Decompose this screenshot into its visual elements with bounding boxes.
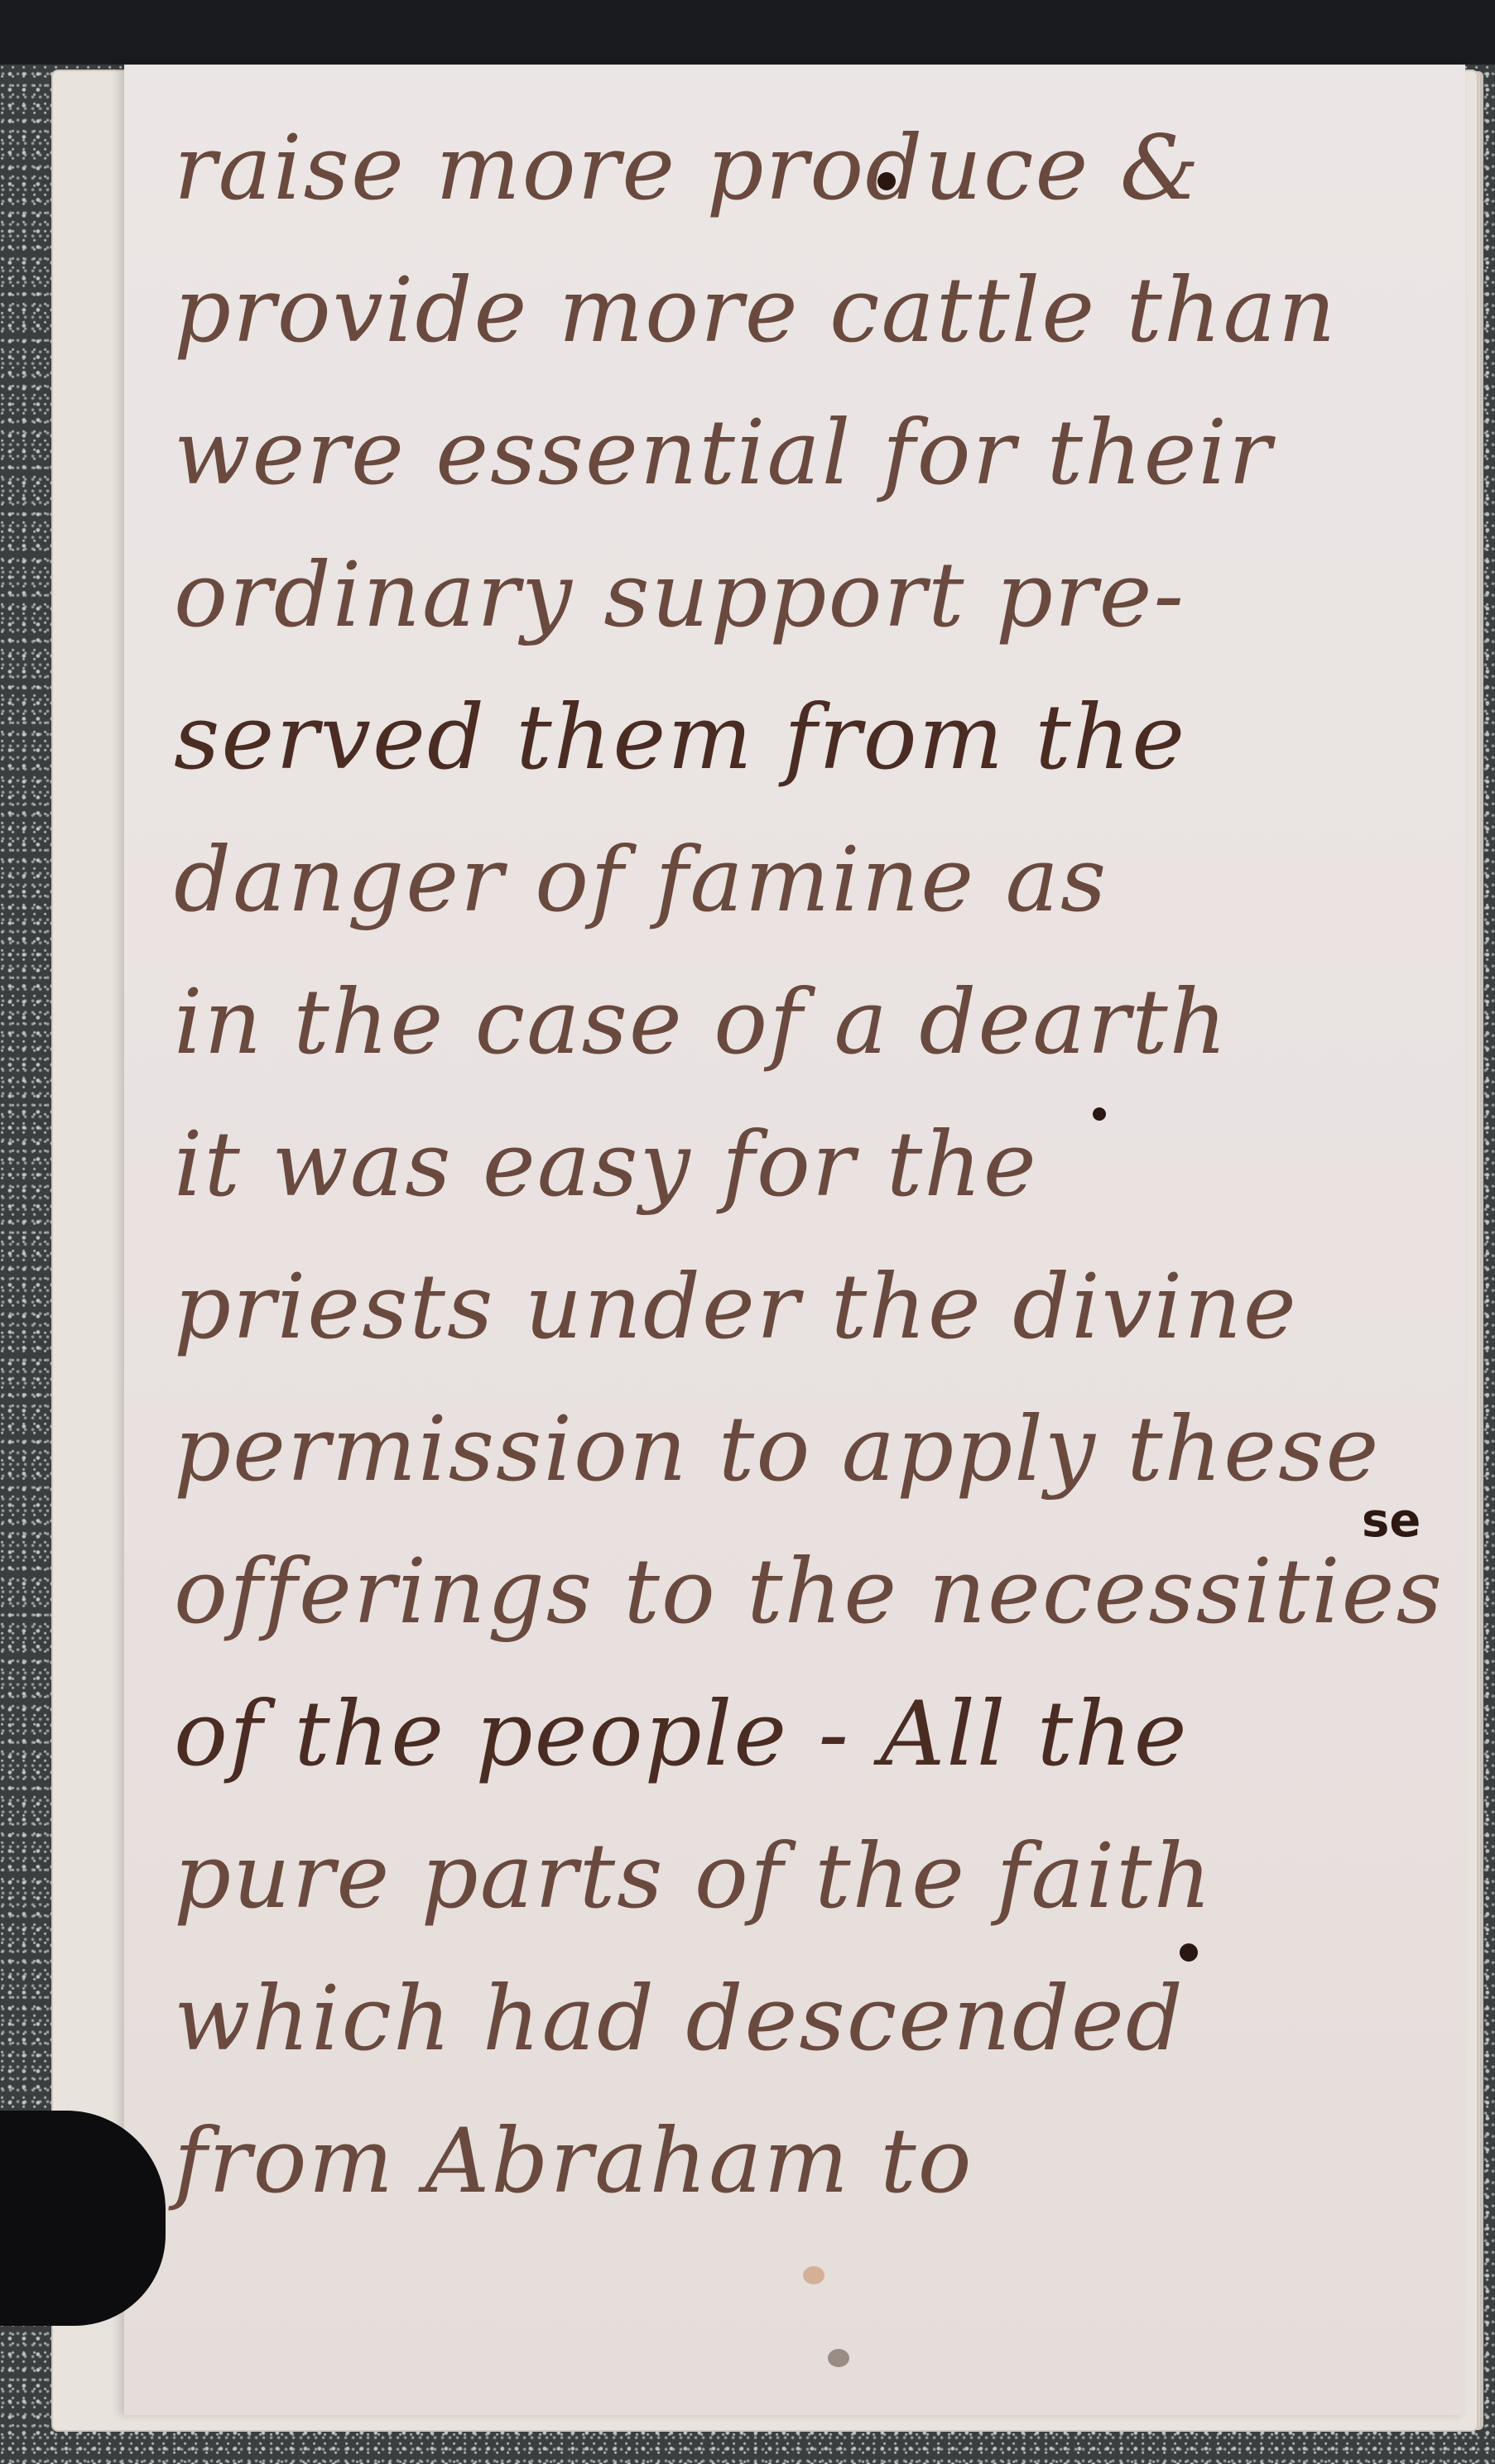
ink-blot bbox=[1180, 1943, 1198, 1962]
text-line-14: which had descended bbox=[174, 1948, 1416, 2091]
text-line-5: served them from the bbox=[174, 667, 1416, 809]
text-line-6: danger of famine as bbox=[174, 809, 1416, 952]
text-line-7: in the case of a dearth bbox=[174, 952, 1416, 1094]
text-line-12: of the people - All the bbox=[174, 1664, 1416, 1806]
text-line-1: raise more produce & bbox=[174, 98, 1416, 240]
text-line-3: were essential for their bbox=[174, 382, 1416, 525]
text-line-11: offerings to the necessities bbox=[174, 1521, 1416, 1664]
text-line-4: ordinary support pre- bbox=[174, 525, 1416, 667]
text-line-13: pure parts of the faith bbox=[174, 1806, 1416, 1948]
text-line-2: provide more cattle than bbox=[174, 240, 1416, 382]
text-line-15: from Abraham to bbox=[174, 2091, 1416, 2233]
stain bbox=[803, 2266, 824, 2284]
text-line-8: it was easy for the bbox=[174, 1094, 1416, 1237]
ink-blot bbox=[1093, 1107, 1106, 1121]
manuscript-page: raise more produce & provide more cattle… bbox=[124, 65, 1465, 2415]
handwritten-text: raise more produce & provide more cattle… bbox=[174, 98, 1416, 2233]
marginal-correction: se bbox=[1362, 1494, 1420, 1548]
ink-blot bbox=[877, 172, 896, 190]
text-line-9: priests under the divine bbox=[174, 1237, 1416, 1379]
stain bbox=[828, 2349, 849, 2367]
text-line-10: permission to apply these bbox=[174, 1379, 1416, 1521]
